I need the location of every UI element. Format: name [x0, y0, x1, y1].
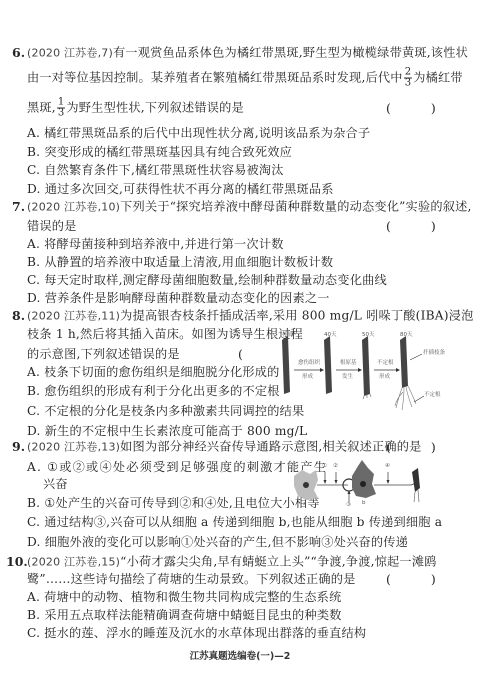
stem-text: 如图为部分神经兴奋传导通路示意图,相关叙述正确的是: [120, 440, 421, 454]
option-text: 不定根的分化是枝条内多种激素共同调控的结果: [44, 404, 304, 418]
option-label: D.: [27, 424, 41, 438]
page-footer: 江苏真题选编卷(一)—2: [0, 648, 480, 662]
stem-text: 下列关于“探究培养液中酵母菌种群数量的动态变化”实验的叙述,: [120, 200, 471, 214]
stem-text: 黑斑,: [27, 101, 56, 115]
answer-blank-6[interactable]: ( ): [386, 101, 454, 116]
option-text: 采用五点取样法能精确调查荷塘中蜻蜓目昆虫的种类数: [44, 608, 341, 622]
option-label: B.: [27, 255, 40, 269]
cell-label-b: b: [362, 500, 366, 506]
marker-4: ④: [385, 463, 390, 469]
question-number-8: 8.: [12, 308, 25, 324]
option-text: 愈伤组织的形成有利于分化出更多的不定根: [44, 384, 279, 398]
question-9-stem-line-1: (2020 江苏卷,13)如图为部分神经兴奋传导通路示意图,相关叙述正确的是: [27, 439, 422, 456]
arrow-label: 形成: [302, 372, 313, 380]
option-text: ①处产生的兴奋可传导到②和④处,且电位大小相等: [44, 496, 319, 510]
option-label: C.: [27, 515, 40, 529]
option-text: 细胞外液的变化可以影响①处兴奋的产生,但不影响③处兴奋的传递: [45, 535, 408, 549]
option-8c[interactable]: C. 不定根的分化是枝条内多种激素共同调控的结果: [27, 403, 304, 419]
option-9b[interactable]: B. ①处产生的兴奋可传导到②和④处,且电位大小相等: [27, 495, 320, 511]
option-label: C.: [27, 273, 40, 287]
question-number-7: 7.: [12, 199, 25, 215]
option-label: A.: [27, 460, 42, 474]
option-label: B.: [27, 496, 40, 510]
option-9a-continued: 兴奋: [43, 476, 68, 492]
option-text: 挺水的莲、浮水的睡莲及沉水的水草体现出群落的垂直结构: [44, 626, 366, 640]
arrow-label: 发生: [342, 372, 353, 380]
option-label: A.: [27, 590, 40, 604]
marker-1: ①: [322, 463, 327, 469]
arrow-label: 愈伤组织: [298, 358, 320, 366]
option-label: D.: [27, 291, 41, 305]
option-text: ①或②或④处必须受到足够强度的刺激才能产生: [47, 460, 327, 474]
fraction-denominator: 3: [404, 79, 413, 89]
option-10b[interactable]: B. 采用五点取样法能精确调查荷塘中蜻蜓目昆虫的种类数: [27, 607, 342, 623]
stem-text: 为橘红带: [413, 71, 463, 85]
option-text: 每天定时取样,测定酵母菌细胞数量,绘制种群数量动态变化曲线: [44, 273, 387, 287]
question-number-6: 6.: [12, 45, 25, 61]
option-label: B.: [27, 608, 40, 622]
question-8-stem-line-1: (2020 江苏卷,11)为提高银杏枝条扦插成活率,采用 800 mg/L 吲哚…: [27, 308, 474, 325]
option-label: A.: [27, 126, 40, 140]
fraction-one-third: 13: [57, 98, 66, 119]
option-text: 枝条下切面的愈伤组织是细胞脱分化形成的: [44, 365, 279, 379]
stage-label: 扦插: [282, 330, 293, 338]
fraction-two-thirds: 23: [404, 68, 413, 89]
option-8b[interactable]: B. 愈伤组织的形成有利于分化出更多的不定根: [27, 383, 280, 399]
answer-blank-7[interactable]: ( ): [386, 219, 454, 234]
question-number-10: 10.: [6, 554, 28, 570]
marker-2: ②: [333, 463, 338, 469]
question-10-stem-line-1: (2020 江苏卷,15)“小荷才露尖尖角,早有蜻蜓立上头”“争渡,争渡,惊起一…: [27, 554, 437, 571]
stage-label: 50天: [362, 330, 375, 338]
option-label: C.: [27, 626, 40, 640]
option-text: 荷塘中的动物、植物和微生物共同构成完整的生态系统: [44, 590, 341, 604]
question-number-9: 9.: [12, 439, 25, 455]
option-label: D.: [27, 182, 41, 196]
option-10c[interactable]: C. 挺水的莲、浮水的睡莲及沉水的水草体现出群落的垂直结构: [27, 625, 366, 641]
question-6-stem-line-2: 由一对等位基因控制。某养殖者在繁殖橘红带黑斑品系时发现,后代中23为橘红带: [27, 68, 463, 89]
option-9d[interactable]: D. 细胞外液的变化可以影响①处兴奋的产生,但不影响③处兴奋的传递: [27, 534, 408, 550]
question-8-stem-line-2: 枝条 1 h,然后将其插入苗床。如图为诱导生根过程: [27, 326, 303, 342]
stem-text: 由一对等位基因控制。某养殖者在繁殖橘红带黑斑品系时发现,后代中: [27, 71, 403, 85]
callout-label: 扦插枝条: [423, 348, 445, 356]
question-10-stem-line-2: 鹭”……这些诗句描绘了荷塘的生动景致。下列叙述正确的是: [27, 571, 356, 587]
question-6-stem-line-1: (2020 江苏卷,7)有一观赏鱼品系体色为橘红带黑斑,野生型为橄榄绿带黄斑,该…: [27, 45, 468, 62]
option-label: D.: [27, 535, 41, 549]
question-source: (2020 江苏卷,15): [27, 556, 120, 569]
option-8a[interactable]: A. 枝条下切面的愈伤组织是细胞脱分化形成的: [27, 364, 280, 380]
stem-text: 为野生型性状,下列叙述错误的是: [66, 101, 244, 115]
arrow-label: 形成: [379, 372, 390, 380]
option-text: 突变形成的橘红带黑斑基因具有纯合致死效应: [44, 145, 292, 159]
option-label: C.: [27, 163, 40, 177]
option-text: 自然繁育条件下,橘红带黑斑性状容易被淘汰: [44, 163, 283, 177]
option-7b[interactable]: B. 从静置的培养液中取适量上清液,用血细胞计数板计数: [27, 254, 333, 270]
stem-text: “小荷才露尖尖角,早有蜻蜓立上头”“争渡,争渡,惊起一滩鸥: [120, 555, 436, 569]
question-source: (2020 江苏卷,7): [27, 47, 113, 60]
option-text: 将酵母菌接种到培养液中,并进行第一次计数: [44, 237, 283, 251]
option-7d[interactable]: D. 营养条件是影响酵母菌种群数量动态变化的因素之一: [27, 290, 330, 306]
question-7-stem-line-2: 错误的是: [27, 218, 77, 234]
neuron-diagram: [292, 458, 422, 520]
option-6a[interactable]: A. 橘红带黑斑品系的后代中出现性状分离,说明该品系为杂合子: [27, 125, 370, 141]
arrow-label: 根原基: [340, 358, 357, 366]
callout-label: 不定根: [424, 390, 441, 398]
option-7a[interactable]: A. 将酵母菌接种到培养液中,并进行第一次计数: [27, 236, 284, 252]
stage-label: 40天: [324, 330, 337, 338]
option-text: 通过多次回交,可获得性状不再分离的橘红带黑斑品系: [45, 182, 334, 196]
option-10a[interactable]: A. 荷塘中的动物、植物和微生物共同构成完整的生态系统: [27, 589, 341, 605]
neuron-pathway-figure: ① ② ③ ④ a b: [292, 458, 422, 520]
option-8d[interactable]: D. 新生的不定根中生长素浓度可能高于 800 mg/L: [27, 423, 307, 439]
cell-label-a: a: [303, 501, 306, 507]
option-6d[interactable]: D. 通过多次回交,可获得性状不再分离的橘红带黑斑品系: [27, 181, 334, 197]
question-8-stem-line-3: 的示意图,下列叙述错误的是: [27, 346, 180, 362]
option-text: 橘红带黑斑品系的后代中出现性状分离,说明该品系为杂合子: [44, 126, 370, 140]
arrow-label: 不定根: [377, 358, 394, 366]
stage-label: 80天: [400, 330, 413, 338]
question-source: (2020 江苏卷,13): [27, 441, 120, 454]
option-label: B.: [27, 384, 40, 398]
stem-text: 为提高银杏枝条扦插成活率,采用 800 mg/L 吲哚丁酸(IBA)浸泡: [120, 309, 473, 323]
option-label: A.: [27, 237, 40, 251]
answer-blank-10[interactable]: ( ): [386, 572, 454, 587]
question-source: (2020 江苏卷,11): [27, 310, 120, 323]
option-text: 营养条件是影响酵母菌种群数量动态变化的因素之一: [45, 291, 330, 305]
stem-text: 有一观赏鱼品系体色为橘红带黑斑,野生型为橄榄绿带黄斑,该性状: [113, 46, 468, 60]
question-source: (2020 江苏卷,10): [27, 201, 120, 214]
option-label: B.: [27, 145, 40, 159]
option-6c[interactable]: C. 自然繁育条件下,橘红带黑斑性状容易被淘汰: [27, 162, 284, 178]
question-6-stem-line-3: 黑斑,13为野生型性状,下列叙述错误的是: [27, 98, 244, 119]
rooting-process-figure: 扦插 40天 50天 80天 愈伤组织 形成 根原基 发生 不定根 形成 扦插枝…: [282, 332, 462, 412]
answer-blank-9[interactable]: ( ): [386, 440, 454, 455]
option-7c[interactable]: C. 每天定时取样,测定酵母菌细胞数量,绘制种群数量动态变化曲线: [27, 272, 387, 288]
option-6b[interactable]: B. 突变形成的橘红带黑斑基因具有纯合致死效应: [27, 144, 292, 160]
marker-3: ③: [346, 502, 351, 508]
option-label: C.: [27, 404, 40, 418]
option-text: 新生的不定根中生长素浓度可能高于 800 mg/L: [45, 424, 308, 438]
option-9a[interactable]: A. ①或②或④处必须受到足够强度的刺激才能产生: [27, 459, 327, 475]
option-text: 从静置的培养液中取适量上清液,用血细胞计数板计数: [44, 255, 333, 269]
option-label: A.: [27, 365, 40, 379]
fraction-denominator: 3: [57, 109, 66, 119]
question-7-stem-line-1: (2020 江苏卷,10)下列关于“探究培养液中酵母菌种群数量的动态变化”实验的…: [27, 199, 472, 216]
